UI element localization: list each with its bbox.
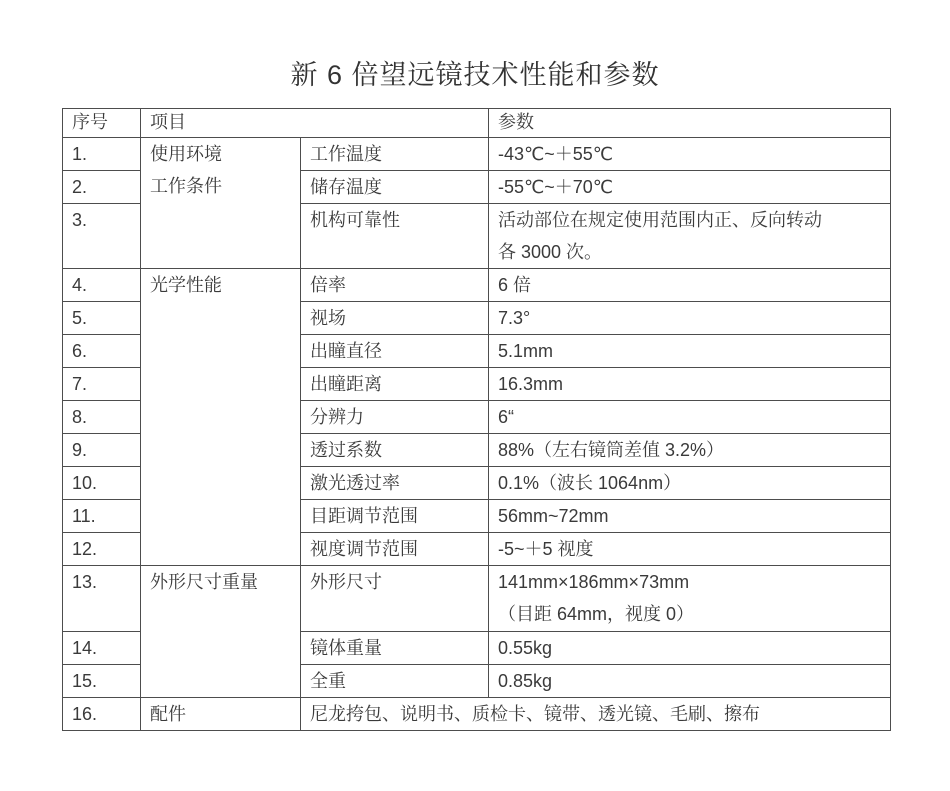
value-cell: 141mm×186mm×73mm （目距 64mm，视度 0） [489,566,891,632]
value-cell: 6“ [489,401,891,434]
row-index: 8. [63,401,141,434]
table-row-4: 4. 光学性能 倍率 6 倍 [63,269,891,302]
row-index: 15. [63,665,141,698]
value-cell: 56mm~72mm [489,500,891,533]
row-index: 16. [63,698,141,731]
row-index: 4. [63,269,141,302]
header-cell-item: 项目 [141,109,489,138]
group-cell-optical: 光学性能 [141,269,301,566]
item-cell: 机构可靠性 [301,204,489,269]
spec-table: 序号 项目 参数 1. 使用环境 工作条件 工作温度 -43℃~＋55℃ 2. … [62,108,891,731]
value-cell: 活动部位在规定使用范围内正、反向转动 各 3000 次。 [489,204,891,269]
group-cell-environment: 使用环境 工作条件 [141,138,301,269]
table-header-row: 序号 项目 参数 [63,109,891,138]
item-cell: 出瞳直径 [301,335,489,368]
value-cell: -5~＋5 视度 [489,533,891,566]
row-index: 6. [63,335,141,368]
value-cell: 0.85kg [489,665,891,698]
row-index: 2. [63,171,141,204]
table-row-13: 13. 外形尺寸重量 外形尺寸 141mm×186mm×73mm （目距 64m… [63,566,891,632]
row-index: 12. [63,533,141,566]
row-index: 11. [63,500,141,533]
item-cell: 全重 [301,665,489,698]
value-cell: 尼龙挎包、说明书、质检卡、镜带、透光镜、毛刷、擦布 [301,698,891,731]
item-cell: 出瞳距离 [301,368,489,401]
value-cell: 0.55kg [489,632,891,665]
value-cell: 0.1%（波长 1064nm） [489,467,891,500]
value-cell: 5.1mm [489,335,891,368]
value-cell: -43℃~＋55℃ [489,138,891,171]
value-cell: -55℃~＋70℃ [489,171,891,204]
row-index: 1. [63,138,141,171]
row-index: 14. [63,632,141,665]
group-cell-accessories: 配件 [141,698,301,731]
item-cell: 镜体重量 [301,632,489,665]
item-cell: 透过系数 [301,434,489,467]
item-cell: 目距调节范围 [301,500,489,533]
table-row-16: 16. 配件 尼龙挎包、说明书、质检卡、镜带、透光镜、毛刷、擦布 [63,698,891,731]
row-index: 13. [63,566,141,632]
row-index: 7. [63,368,141,401]
item-cell: 激光透过率 [301,467,489,500]
item-cell: 分辨力 [301,401,489,434]
value-cell: 6 倍 [489,269,891,302]
value-cell: 88%（左右镜筒差值 3.2%） [489,434,891,467]
page-title: 新 6 倍望远镜技术性能和参数 [0,53,950,92]
row-index: 10. [63,467,141,500]
item-cell: 视场 [301,302,489,335]
item-cell: 外形尺寸 [301,566,489,632]
item-cell: 工作温度 [301,138,489,171]
item-cell: 视度调节范围 [301,533,489,566]
value-cell: 16.3mm [489,368,891,401]
row-index: 3. [63,204,141,269]
group-cell-dimensions: 外形尺寸重量 [141,566,301,698]
item-cell: 储存温度 [301,171,489,204]
value-cell: 7.3° [489,302,891,335]
spec-table-container: 序号 项目 参数 1. 使用环境 工作条件 工作温度 -43℃~＋55℃ 2. … [62,108,890,731]
table-row-1: 1. 使用环境 工作条件 工作温度 -43℃~＋55℃ [63,138,891,171]
row-index: 9. [63,434,141,467]
header-cell-param: 参数 [489,109,891,138]
header-cell-index: 序号 [63,109,141,138]
row-index: 5. [63,302,141,335]
item-cell: 倍率 [301,269,489,302]
